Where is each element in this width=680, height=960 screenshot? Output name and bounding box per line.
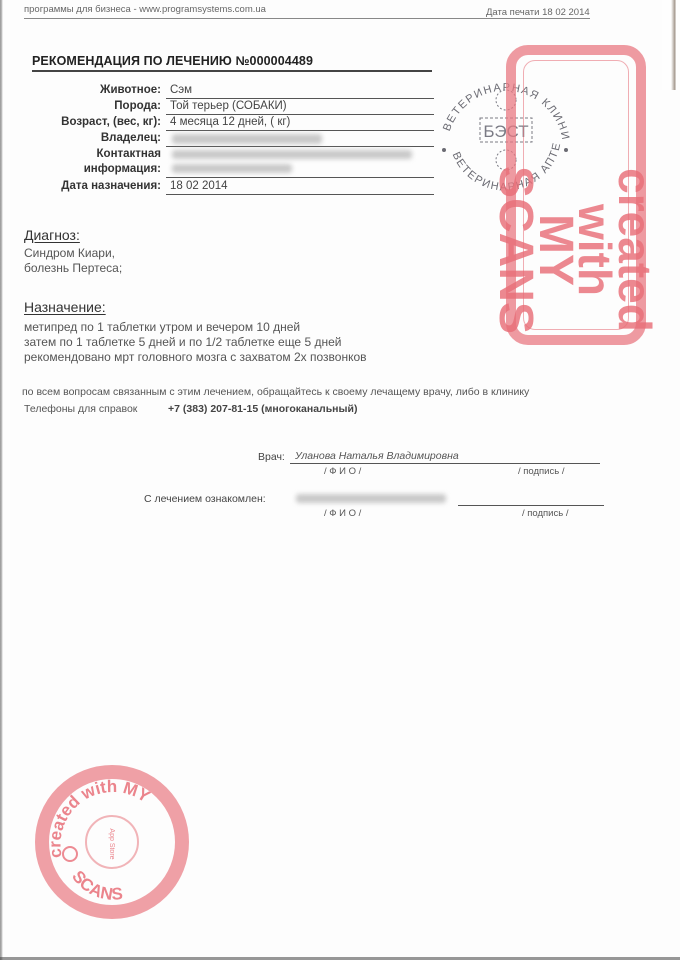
prescription-text: метипред по 1 таблетки утром и вечером 1… bbox=[24, 320, 367, 365]
contact-redacted bbox=[172, 164, 292, 173]
watermark-line2: MY SCANS bbox=[495, 145, 575, 355]
field-line bbox=[166, 177, 434, 178]
acknowledged-sign-line bbox=[458, 505, 604, 506]
diagnosis-text: Синдром Киари, болезнь Пертеса; bbox=[24, 246, 122, 276]
field-line bbox=[166, 194, 434, 195]
acknowledged-name-redacted bbox=[296, 494, 446, 503]
diagnosis-heading: Диагноз: bbox=[24, 227, 80, 243]
field-label-breed: Порода: bbox=[114, 100, 161, 112]
page-edge-right bbox=[662, 0, 680, 90]
doctor-fio-caption: / Ф И О / bbox=[324, 466, 361, 477]
watermark-line1: created with bbox=[575, 145, 655, 355]
watermark-circle-center-text: App Store bbox=[108, 828, 115, 859]
watermark-text: created with MY SCANS bbox=[495, 145, 655, 355]
print-date: Дата печати 18 02 2014 bbox=[486, 7, 590, 18]
contact-redacted bbox=[172, 150, 412, 159]
doctor-sign-line bbox=[290, 463, 600, 464]
field-label-contact-info: информация: bbox=[84, 163, 161, 175]
field-line bbox=[166, 98, 434, 99]
diagnosis-line: болезнь Пертеса; bbox=[24, 261, 122, 276]
software-line: программы для бизнеса - www.programsyste… bbox=[24, 4, 266, 15]
field-value-date: 18 02 2014 bbox=[170, 180, 228, 192]
doctor-label: Врач: bbox=[258, 451, 285, 463]
contact-note: по всем вопросам связанным с этим лечени… bbox=[22, 386, 529, 398]
field-label-animal: Животное: bbox=[100, 84, 161, 96]
field-label-contact: Контактная bbox=[97, 148, 161, 160]
field-value-breed: Той терьер (СОБАКИ) bbox=[170, 100, 287, 112]
acknowledged-label: С лечением ознакомлен: bbox=[144, 493, 266, 505]
header-divider bbox=[24, 18, 590, 19]
owner-redacted bbox=[172, 134, 322, 144]
phones-value: +7 (383) 207-81-15 (многоканальный) bbox=[168, 403, 357, 415]
document-title: РЕКОМЕНДАЦИЯ ПО ЛЕЧЕНИЮ №000004489 bbox=[32, 54, 313, 68]
field-line bbox=[166, 130, 434, 131]
field-label-age: Возраст, (вес, кг): bbox=[61, 116, 161, 128]
field-value-animal: Сэм bbox=[170, 84, 192, 96]
page-edge-left bbox=[0, 0, 4, 960]
diagnosis-line: Синдром Киари, bbox=[24, 246, 122, 261]
field-label-date: Дата назначения: bbox=[61, 180, 161, 192]
field-line bbox=[166, 146, 434, 147]
prescription-line: метипред по 1 таблетки утром и вечером 1… bbox=[24, 320, 367, 335]
title-divider bbox=[32, 70, 432, 72]
doctor-name: Уланова Наталья Владимировна bbox=[295, 450, 459, 462]
prescription-line: рекомендовано мрт головного мозга с захв… bbox=[24, 350, 367, 365]
doctor-sign-caption: / подпись / bbox=[518, 466, 564, 477]
prescription-heading: Назначение: bbox=[24, 299, 106, 315]
prescription-line: затем по 1 таблетке 5 дней и по 1/2 табл… bbox=[24, 335, 367, 350]
field-label-owner: Владелец: bbox=[101, 132, 161, 144]
acknowledged-sign-caption: / подпись / bbox=[522, 508, 568, 519]
phones-label: Телефоны для справок bbox=[24, 403, 137, 415]
acknowledged-fio-caption: / Ф И О / bbox=[324, 508, 361, 519]
field-value-age: 4 месяца 12 дней, ( кг) bbox=[170, 116, 290, 128]
field-line bbox=[166, 114, 434, 115]
watermark-circle: created with MY SCANS App Store bbox=[32, 762, 192, 922]
